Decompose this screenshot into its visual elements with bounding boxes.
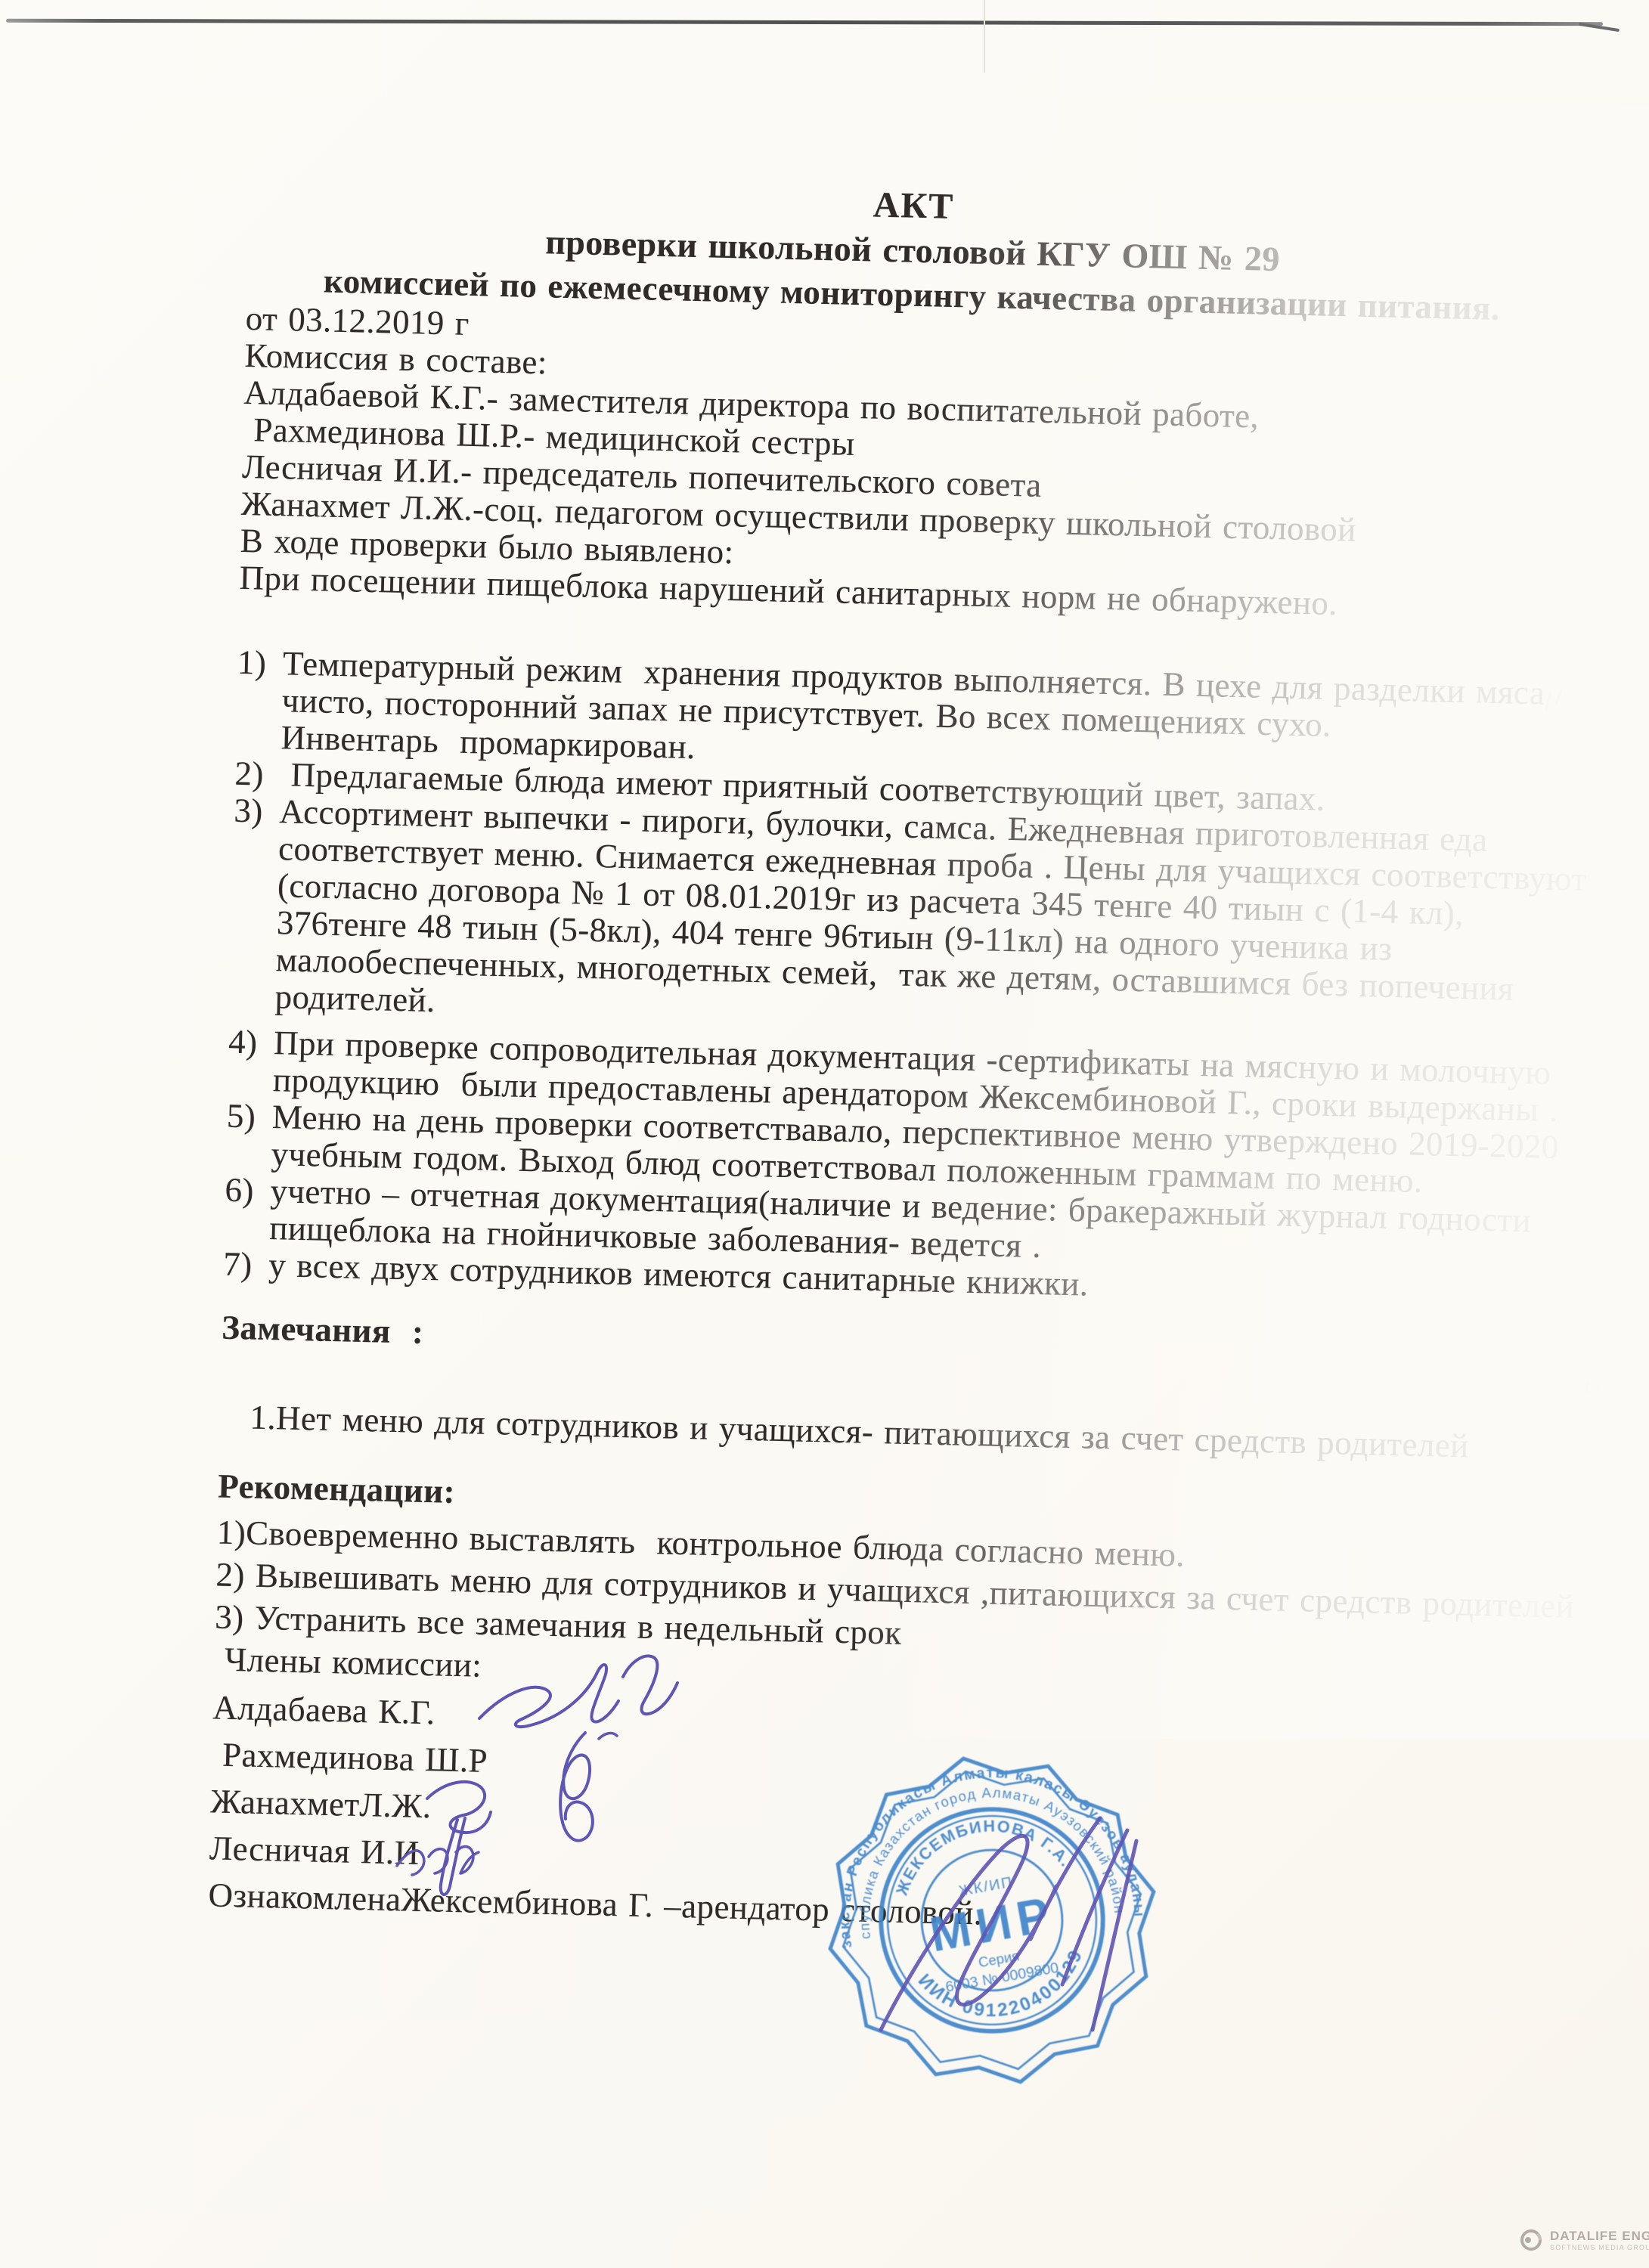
scan-edge-line xyxy=(6,19,1603,26)
round-stamp: Казакстан Республикасы Алматы каласы Әуе… xyxy=(795,1723,1189,2117)
remark-item: 1.Нет меню для сотрудников и учащихся- п… xyxy=(219,1399,1551,1467)
ink-speck xyxy=(1595,1386,1601,1393)
remarks-heading: Замечания : xyxy=(222,1309,1553,1377)
scanned-document-page: АКТ проверки школьной столовой КГУ ОШ № … xyxy=(0,0,1649,2268)
item-number: 1) xyxy=(235,644,283,756)
item-number: 6) xyxy=(224,1172,271,1247)
item-number: 7) xyxy=(223,1246,269,1284)
watermark-text: DATALIFE ENGINE SOFTNEWS MEDIA GROUP xyxy=(1550,2229,1649,2251)
watermark-title: DATALIFE ENGINE xyxy=(1550,2229,1649,2242)
document-body: АКТ проверки школьной столовой КГУ ОШ № … xyxy=(208,151,1580,1947)
stamp-center-name: МИР xyxy=(926,1886,1060,1962)
item-number: 3) xyxy=(229,792,280,1015)
item-number: 5) xyxy=(225,1098,272,1173)
finding-item: 3) Ассортимент выпечки - пироги, булочки… xyxy=(229,792,1564,1046)
datalife-eye-icon xyxy=(1518,2227,1544,2253)
document-intro: от 03.12.2019 г Комиссия в составе: Алда… xyxy=(239,300,1576,627)
watermark: DATALIFE ENGINE SOFTNEWS MEDIA GROUP xyxy=(1518,2227,1649,2253)
watermark-subtitle: SOFTNEWS MEDIA GROUP xyxy=(1550,2245,1649,2251)
item-text: Ассортимент выпечки - пироги, булочки, с… xyxy=(274,793,1588,1046)
item-number: 4) xyxy=(228,1024,274,1098)
ink-speck xyxy=(1585,1382,1589,1393)
findings-list: 1) Температурный режим хранения продукто… xyxy=(223,644,1568,1314)
item-number: 2) xyxy=(234,755,281,793)
paper-crease xyxy=(984,0,985,73)
